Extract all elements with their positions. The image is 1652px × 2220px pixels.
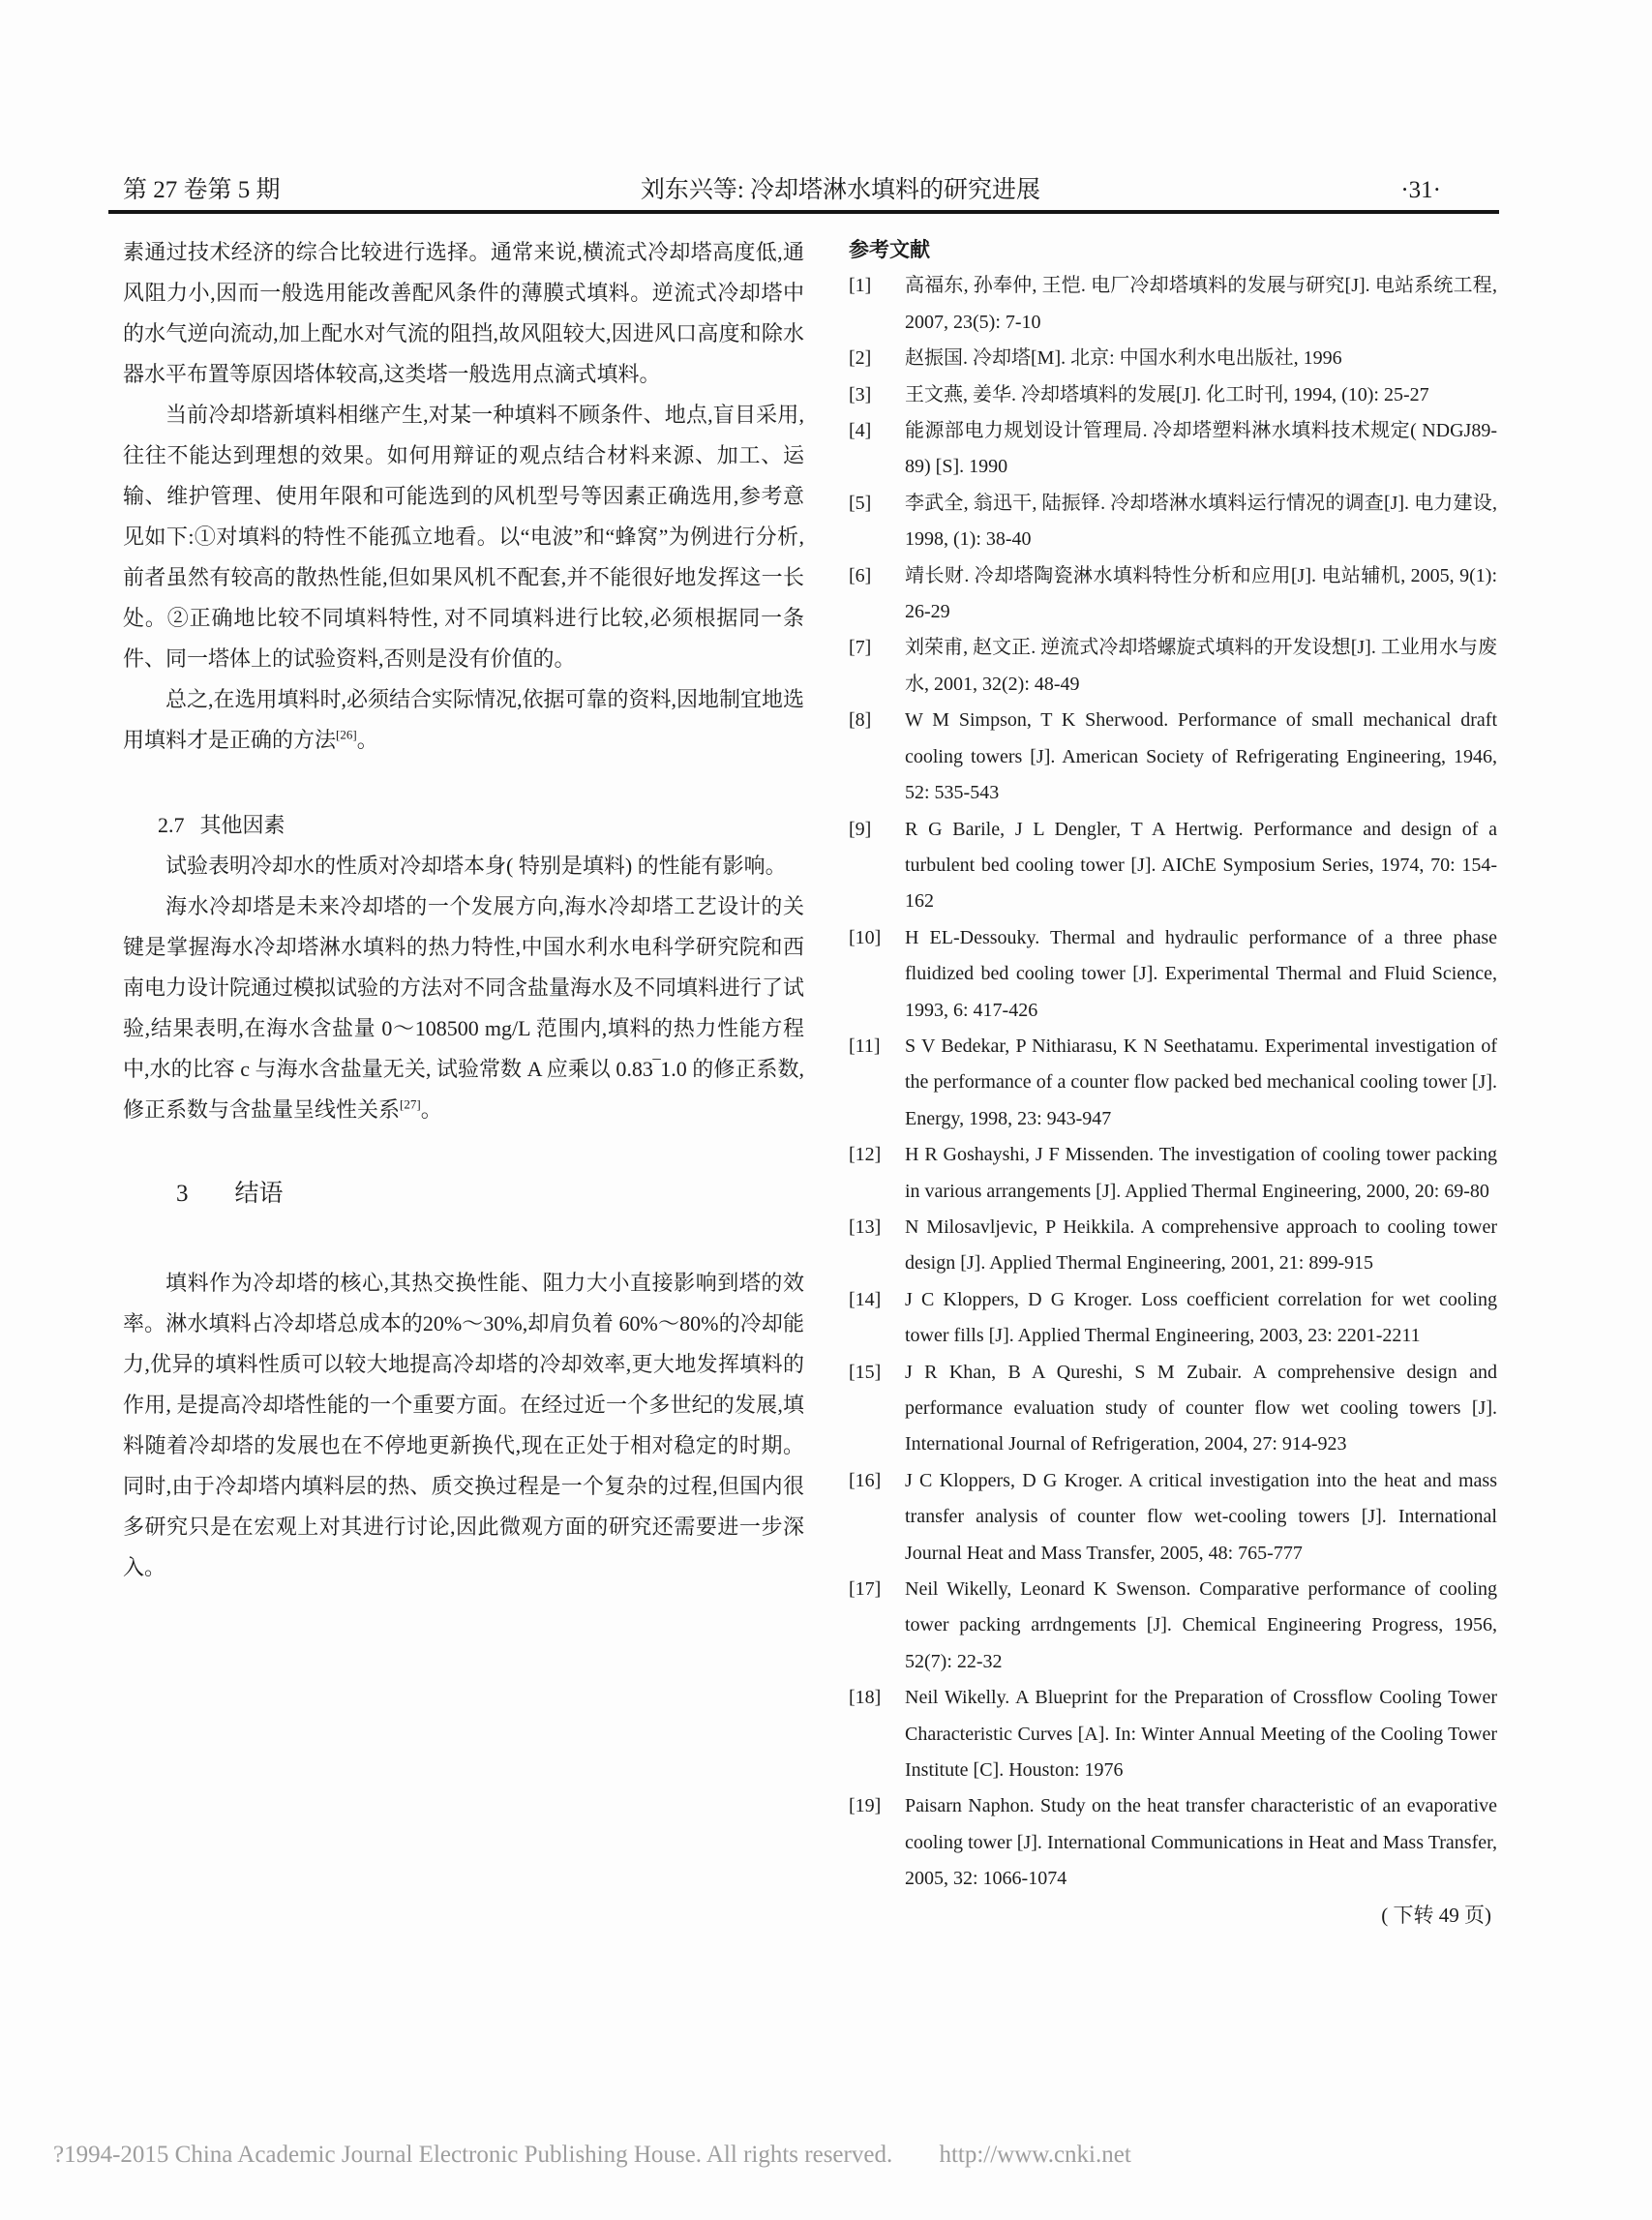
references-column: 参考文献 [1] 高福东, 孙奉仲, 王恺. 电厂冷却塔填料的发展与研究[J].… <box>849 232 1497 1934</box>
reference-text: J C Kloppers, D G Kroger. A critical inv… <box>905 1463 1497 1572</box>
reference-text: H EL-Dessouky. Thermal and hydraulic per… <box>905 920 1497 1029</box>
reference-label: [14] <box>849 1282 905 1355</box>
reference-label: [6] <box>849 558 905 631</box>
reference-label: [2] <box>849 341 905 376</box>
section-number: 3 <box>176 1181 189 1207</box>
reference-item: [13] N Milosavljevic, P Heikkila. A comp… <box>849 1210 1497 1282</box>
reference-item: [8] W M Simpson, T K Sherwood. Performan… <box>849 703 1497 811</box>
article-body: 素通过技术经济的综合比较进行选择。通常来说,横流式冷却塔高度低,通风阻力小,因而… <box>123 232 1497 1934</box>
paragraph-seawater-tower: 海水冷却塔是未来冷却塔的一个发展方向,海水冷却塔工艺设计的关键是掌握海水冷却塔淋… <box>123 886 804 1130</box>
seawater-text: 海水冷却塔是未来冷却塔的一个发展方向,海水冷却塔工艺设计的关键是掌握海水冷却塔淋… <box>123 894 804 1122</box>
reference-item: [5] 李武全, 翁迅干, 陆振铎. 冷却塔淋水填料运行情况的调查[J]. 电力… <box>849 486 1497 558</box>
paragraph-selection-summary: 总之,在选用填料时,必须结合实际情况,依据可靠的资料,因地制宜地选用填料才是正确… <box>123 679 804 761</box>
reference-text: 高福东, 孙奉仲, 王恺. 电厂冷却塔填料的发展与研究[J]. 电站系统工程, … <box>905 268 1497 341</box>
citation-mark-26: [26] <box>336 728 357 742</box>
header-running-title: 刘东兴等: 冷却塔淋水填料的研究进展 <box>281 177 1401 204</box>
page-footer: ?1994-2015 China Academic Journal Electr… <box>53 2141 1602 2170</box>
reference-item: [7] 刘荣甫, 赵文正. 逆流式冷却塔螺旋式填料的开发设想[J]. 工业用水与… <box>849 630 1497 703</box>
reference-item: [14] J C Kloppers, D G Kroger. Loss coef… <box>849 1282 1497 1355</box>
reference-text: 王文燕, 姜华. 冷却塔填料的发展[J]. 化工时刊, 1994, (10): … <box>905 377 1497 413</box>
references-heading: 参考文献 <box>849 232 1497 268</box>
reference-label: [16] <box>849 1463 905 1572</box>
paragraph-conclusion: 填料作为冷却塔的核心,其热交换性能、阻力大小直接影响到塔的效率。淋水填料占冷却塔… <box>123 1263 804 1588</box>
journal-page: 第 27 卷第 5 期 刘东兴等: 冷却塔淋水填料的研究进展 ·31· 素通过技… <box>0 0 1652 2220</box>
reference-item: [12] H R Goshayshi, J F Missenden. The i… <box>849 1137 1497 1210</box>
reference-label: [11] <box>849 1029 905 1137</box>
reference-text: W M Simpson, T K Sherwood. Performance o… <box>905 703 1497 811</box>
header-volume-issue: 第 27 卷第 5 期 <box>123 177 281 204</box>
reference-label: [7] <box>849 630 905 703</box>
section-heading-3: 3结语 <box>176 1174 804 1215</box>
reference-label: [1] <box>849 268 905 341</box>
reference-text: J R Khan, B A Qureshi, S M Zubair. A com… <box>905 1355 1497 1463</box>
reference-text: S V Bedekar, P Nithiarasu, K N Seethatam… <box>905 1029 1497 1137</box>
reference-text: 靖长财. 冷却塔陶瓷淋水填料特性分析和应用[J]. 电站辅机, 2005, 9(… <box>905 558 1497 631</box>
paragraph-fill-selection-continuation: 素通过技术经济的综合比较进行选择。通常来说,横流式冷却塔高度低,通风阻力小,因而… <box>123 232 804 395</box>
reference-item: [19] Paisarn Naphon. Study on the heat t… <box>849 1788 1497 1897</box>
reference-text: Neil Wikelly. A Blueprint for the Prepar… <box>905 1680 1497 1788</box>
reference-text: 赵振国. 冷却塔[M]. 北京: 中国水利水电出版社, 1996 <box>905 341 1497 376</box>
citation-mark-27: [27] <box>400 1097 421 1112</box>
reference-label: [10] <box>849 920 905 1029</box>
reference-text: 李武全, 翁迅干, 陆振铎. 冷却塔淋水填料运行情况的调查[J]. 电力建设, … <box>905 486 1497 558</box>
paragraph-water-quality: 试验表明冷却水的性质对冷却塔本身( 特别是填料) 的性能有影响。 <box>123 846 804 886</box>
reference-item: [11] S V Bedekar, P Nithiarasu, K N Seet… <box>849 1029 1497 1137</box>
reference-label: [5] <box>849 486 905 558</box>
reference-item: [15] J R Khan, B A Qureshi, S M Zubair. … <box>849 1355 1497 1463</box>
section-number: 2.7 <box>158 813 185 837</box>
page-header: 第 27 卷第 5 期 刘东兴等: 冷却塔淋水填料的研究进展 ·31· <box>123 177 1497 204</box>
section-title: 其他因素 <box>200 813 285 837</box>
reference-item: [3] 王文燕, 姜华. 冷却塔填料的发展[J]. 化工时刊, 1994, (1… <box>849 377 1497 413</box>
reference-label: [19] <box>849 1788 905 1897</box>
reference-text: Paisarn Naphon. Study on the heat transf… <box>905 1788 1497 1897</box>
reference-item: [9] R G Barile, J L Dengler, T A Hertwig… <box>849 812 1497 920</box>
header-page-number: ·31· <box>1400 177 1497 204</box>
reference-text: R G Barile, J L Dengler, T A Hertwig. Pe… <box>905 812 1497 920</box>
reference-item: [10] H EL-Dessouky. Thermal and hydrauli… <box>849 920 1497 1029</box>
copyright-text: ?1994-2015 China Academic Journal Electr… <box>53 2142 892 2168</box>
reference-item: [17] Neil Wikelly, Leonard K Swenson. Co… <box>849 1572 1497 1680</box>
reference-text: J C Kloppers, D G Kroger. Loss coefficie… <box>905 1282 1497 1355</box>
reference-text: 刘荣甫, 赵文正. 逆流式冷却塔螺旋式填料的开发设想[J]. 工业用水与废水, … <box>905 630 1497 703</box>
reference-item: [1] 高福东, 孙奉仲, 王恺. 电厂冷却塔填料的发展与研究[J]. 电站系统… <box>849 268 1497 341</box>
reference-text: N Milosavljevic, P Heikkila. A comprehen… <box>905 1210 1497 1282</box>
summary-period: 。 <box>357 728 378 752</box>
reference-item: [4] 能源部电力规划设计管理局. 冷却塔塑料淋水填料技术规定( NDGJ89-… <box>849 413 1497 486</box>
reference-label: [3] <box>849 377 905 413</box>
reference-label: [4] <box>849 413 905 486</box>
continuation-note: ( 下转 49 页) <box>849 1898 1497 1934</box>
reference-label: [9] <box>849 812 905 920</box>
reference-item: [2] 赵振国. 冷却塔[M]. 北京: 中国水利水电出版社, 1996 <box>849 341 1497 376</box>
reference-item: [6] 靖长财. 冷却塔陶瓷淋水填料特性分析和应用[J]. 电站辅机, 2005… <box>849 558 1497 631</box>
section-heading-2-7: 2.7其他因素 <box>158 805 804 846</box>
header-rule <box>108 210 1499 214</box>
reference-label: [18] <box>849 1680 905 1788</box>
references-list: [1] 高福东, 孙奉仲, 王恺. 电厂冷却塔填料的发展与研究[J]. 电站系统… <box>849 268 1497 1897</box>
seawater-period: 。 <box>421 1097 442 1122</box>
reference-label: [8] <box>849 703 905 811</box>
reference-item: [16] J C Kloppers, D G Kroger. A critica… <box>849 1463 1497 1572</box>
left-column: 素通过技术经济的综合比较进行选择。通常来说,横流式冷却塔高度低,通风阻力小,因而… <box>123 232 804 1934</box>
reference-text: 能源部电力规划设计管理局. 冷却塔塑料淋水填料技术规定( NDGJ89-89) … <box>905 413 1497 486</box>
reference-text: H R Goshayshi, J F Missenden. The invest… <box>905 1137 1497 1210</box>
reference-label: [12] <box>849 1137 905 1210</box>
summary-text: 总之,在选用填料时,必须结合实际情况,依据可靠的资料,因地制宜地选用填料才是正确… <box>123 687 804 752</box>
paragraph-fill-selection-advice: 当前冷却塔新填料相继产生,对某一种填料不顾条件、地点,盲目采用,往往不能达到理想… <box>123 395 804 679</box>
reference-label: [13] <box>849 1210 905 1282</box>
reference-label: [15] <box>849 1355 905 1463</box>
reference-item: [18] Neil Wikelly. A Blueprint for the P… <box>849 1680 1497 1788</box>
reference-text: Neil Wikelly, Leonard K Swenson. Compara… <box>905 1572 1497 1680</box>
section-title: 结语 <box>235 1181 284 1207</box>
reference-label: [17] <box>849 1572 905 1680</box>
footer-url[interactable]: http://www.cnki.net <box>939 2142 1130 2168</box>
